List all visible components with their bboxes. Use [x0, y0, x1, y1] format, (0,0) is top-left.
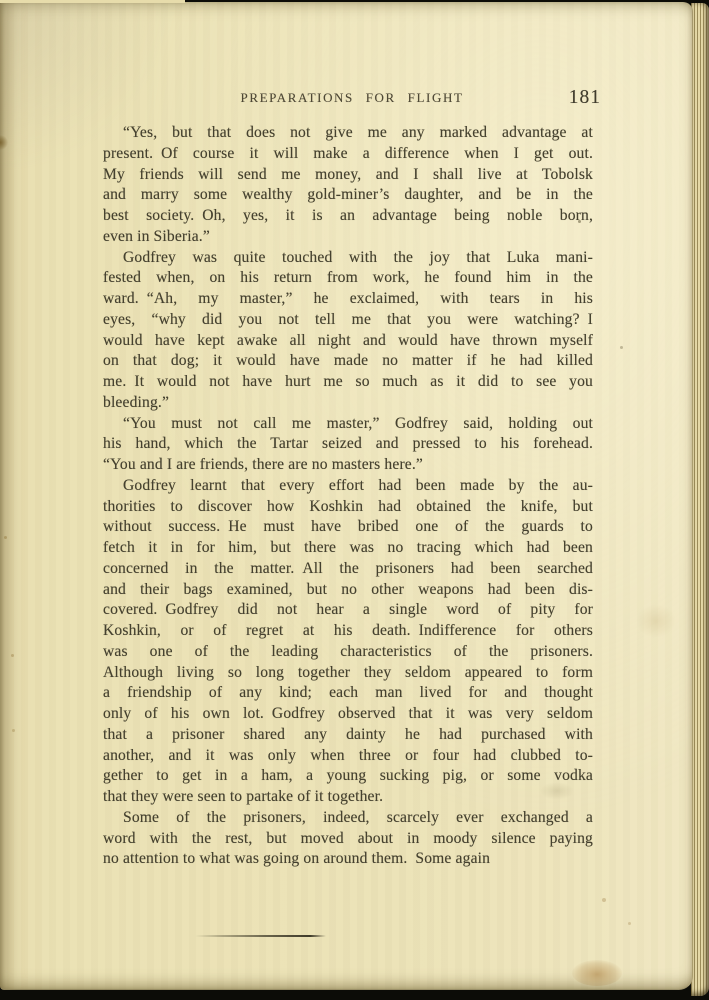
- text-line: Godfrey learnt that every effort had bee…: [103, 476, 593, 497]
- text-line: and their bags examined, but no other we…: [103, 580, 593, 601]
- paper-freckle: [628, 922, 631, 925]
- text-line: that they were seen to partake of it tog…: [103, 787, 593, 808]
- text-line: his hand, which the Tartar seized and pr…: [103, 434, 593, 455]
- paper-freckle: [578, 220, 581, 223]
- text-line: thorities to discover how Koshkin had ob…: [103, 497, 593, 518]
- book-fore-edge: [691, 3, 709, 996]
- text-line: “You must not call me master,” Godfrey s…: [103, 414, 593, 435]
- running-head: PREPARATIONS FOR FLIGHT 181: [103, 87, 601, 109]
- book-page: PREPARATIONS FOR FLIGHT 181 “Yes, but th…: [0, 2, 693, 990]
- text-line: that a prisoner shared any dainty he had…: [103, 725, 593, 746]
- paper-freckle: [12, 729, 15, 732]
- text-line: a friendship of any kind; each man lived…: [103, 683, 593, 704]
- paper-top-edge: [0, 0, 185, 3]
- paper-freckle: [11, 654, 14, 657]
- bottom-right-stain: [572, 960, 622, 986]
- text-line: me. It would not have hurt me so much as…: [103, 372, 593, 393]
- text-line: eyes, “why did you not tell me that you …: [103, 310, 593, 331]
- stray-ink-line: [195, 935, 326, 937]
- text-line: Some of the prisoners, indeed, scarcely …: [103, 808, 593, 829]
- running-header-title: PREPARATIONS FOR FLIGHT: [103, 90, 601, 106]
- text-line: covered. Godfrey did not hear a single w…: [103, 600, 593, 621]
- text-line: Although living so long together they se…: [103, 663, 593, 684]
- text-line: “You and I are friends, there are no mas…: [103, 455, 593, 476]
- book-scan: PREPARATIONS FOR FLIGHT 181 “Yes, but th…: [0, 0, 709, 1000]
- text-line: best society. Oh, yes, it is an advantag…: [103, 206, 593, 227]
- text-line: only of his own lot. Godfrey observed th…: [103, 704, 593, 725]
- text-line: word with the rest, but moved about in m…: [103, 829, 593, 850]
- text-line: no attention to what was going on around…: [103, 849, 593, 870]
- text-line: fetch it in for him, but there was no tr…: [103, 538, 593, 559]
- text-line: bleeding.”: [103, 393, 593, 414]
- paper-smudge: [636, 604, 676, 638]
- text-line: present. Of course it will make a differ…: [103, 144, 593, 165]
- text-line: even in Siberia.”: [103, 227, 593, 248]
- text-line: gether to get in a ham, a young sucking …: [103, 766, 593, 787]
- paper-freckle: [602, 898, 606, 902]
- left-edge-spot: [0, 135, 8, 150]
- text-line: concerned in the matter. All the prisone…: [103, 559, 593, 580]
- text-line: would have kept awake all night and woul…: [103, 331, 593, 352]
- page-number: 181: [569, 87, 601, 109]
- paper-freckle: [4, 536, 7, 539]
- text-line: another, and it was only when three or f…: [103, 746, 593, 767]
- text-line: My friends will send me money, and I sha…: [103, 165, 593, 186]
- text-line: “Yes, but that does not give me any mark…: [103, 123, 593, 144]
- text-line: on that dog; it would have made no matte…: [103, 351, 593, 372]
- text-line: was one of the leading characteristics o…: [103, 642, 593, 663]
- text-line: without success. He must have bribed one…: [103, 517, 593, 538]
- text-line: Koshkin, or of regret at his death. Indi…: [103, 621, 593, 642]
- paper-smudge: [540, 782, 574, 800]
- paper-freckle: [620, 346, 623, 349]
- text-line: Godfrey was quite touched with the joy t…: [103, 248, 593, 269]
- text-line: ward. “Ah, my master,” he exclaimed, wit…: [103, 289, 593, 310]
- page-text: “Yes, but that does not give me any mark…: [103, 123, 593, 870]
- text-line: fested when, on his return from work, he…: [103, 268, 593, 289]
- text-line: and marry some wealthy gold-miner’s daug…: [103, 185, 593, 206]
